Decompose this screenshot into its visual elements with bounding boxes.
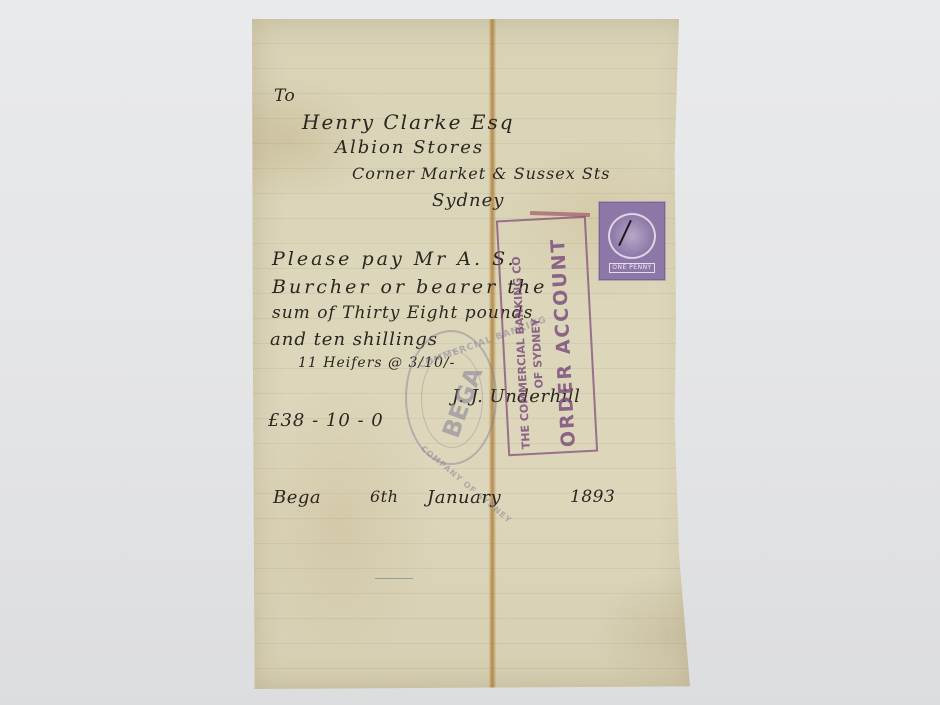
postage-stamp: ONE PENNY [599, 202, 665, 280]
body-line-3: sum of Thirty Eight pounds [272, 303, 533, 323]
addressee-business: Albion Stores [335, 137, 484, 158]
year: 1893 [570, 487, 615, 507]
addressee-street: Corner Market & Sussex Sts [352, 164, 610, 183]
body-line-4: and ten shillings [270, 329, 438, 350]
rect-stamp-line-1: THE COMMERCIAL BANKING CO [510, 256, 533, 450]
postage-denomination: ONE PENNY [609, 263, 655, 273]
rect-stamp-line-2: OF SYDNEY [529, 318, 546, 389]
order-account-stamp: THE COMMERCIAL BANKING CO OF SYDNEY ORDE… [496, 216, 598, 456]
day: 6th [370, 487, 398, 506]
body-line-1: Please pay Mr A. S. [272, 248, 517, 270]
rect-stamp-line-3: ORDER ACCOUNT [547, 237, 580, 448]
addressee-name: Henry Clarke Esq [302, 110, 515, 134]
place: Bega [273, 487, 321, 508]
pencil-mark [375, 578, 413, 579]
salutation: To [274, 86, 295, 106]
amount-figures: £38 - 10 - 0 [268, 410, 384, 431]
addressee-city: Sydney [432, 190, 504, 211]
bank-oval-stamp: BEGA COMMERCIAL BANKING COMPANY OF SYDNE… [405, 330, 497, 465]
